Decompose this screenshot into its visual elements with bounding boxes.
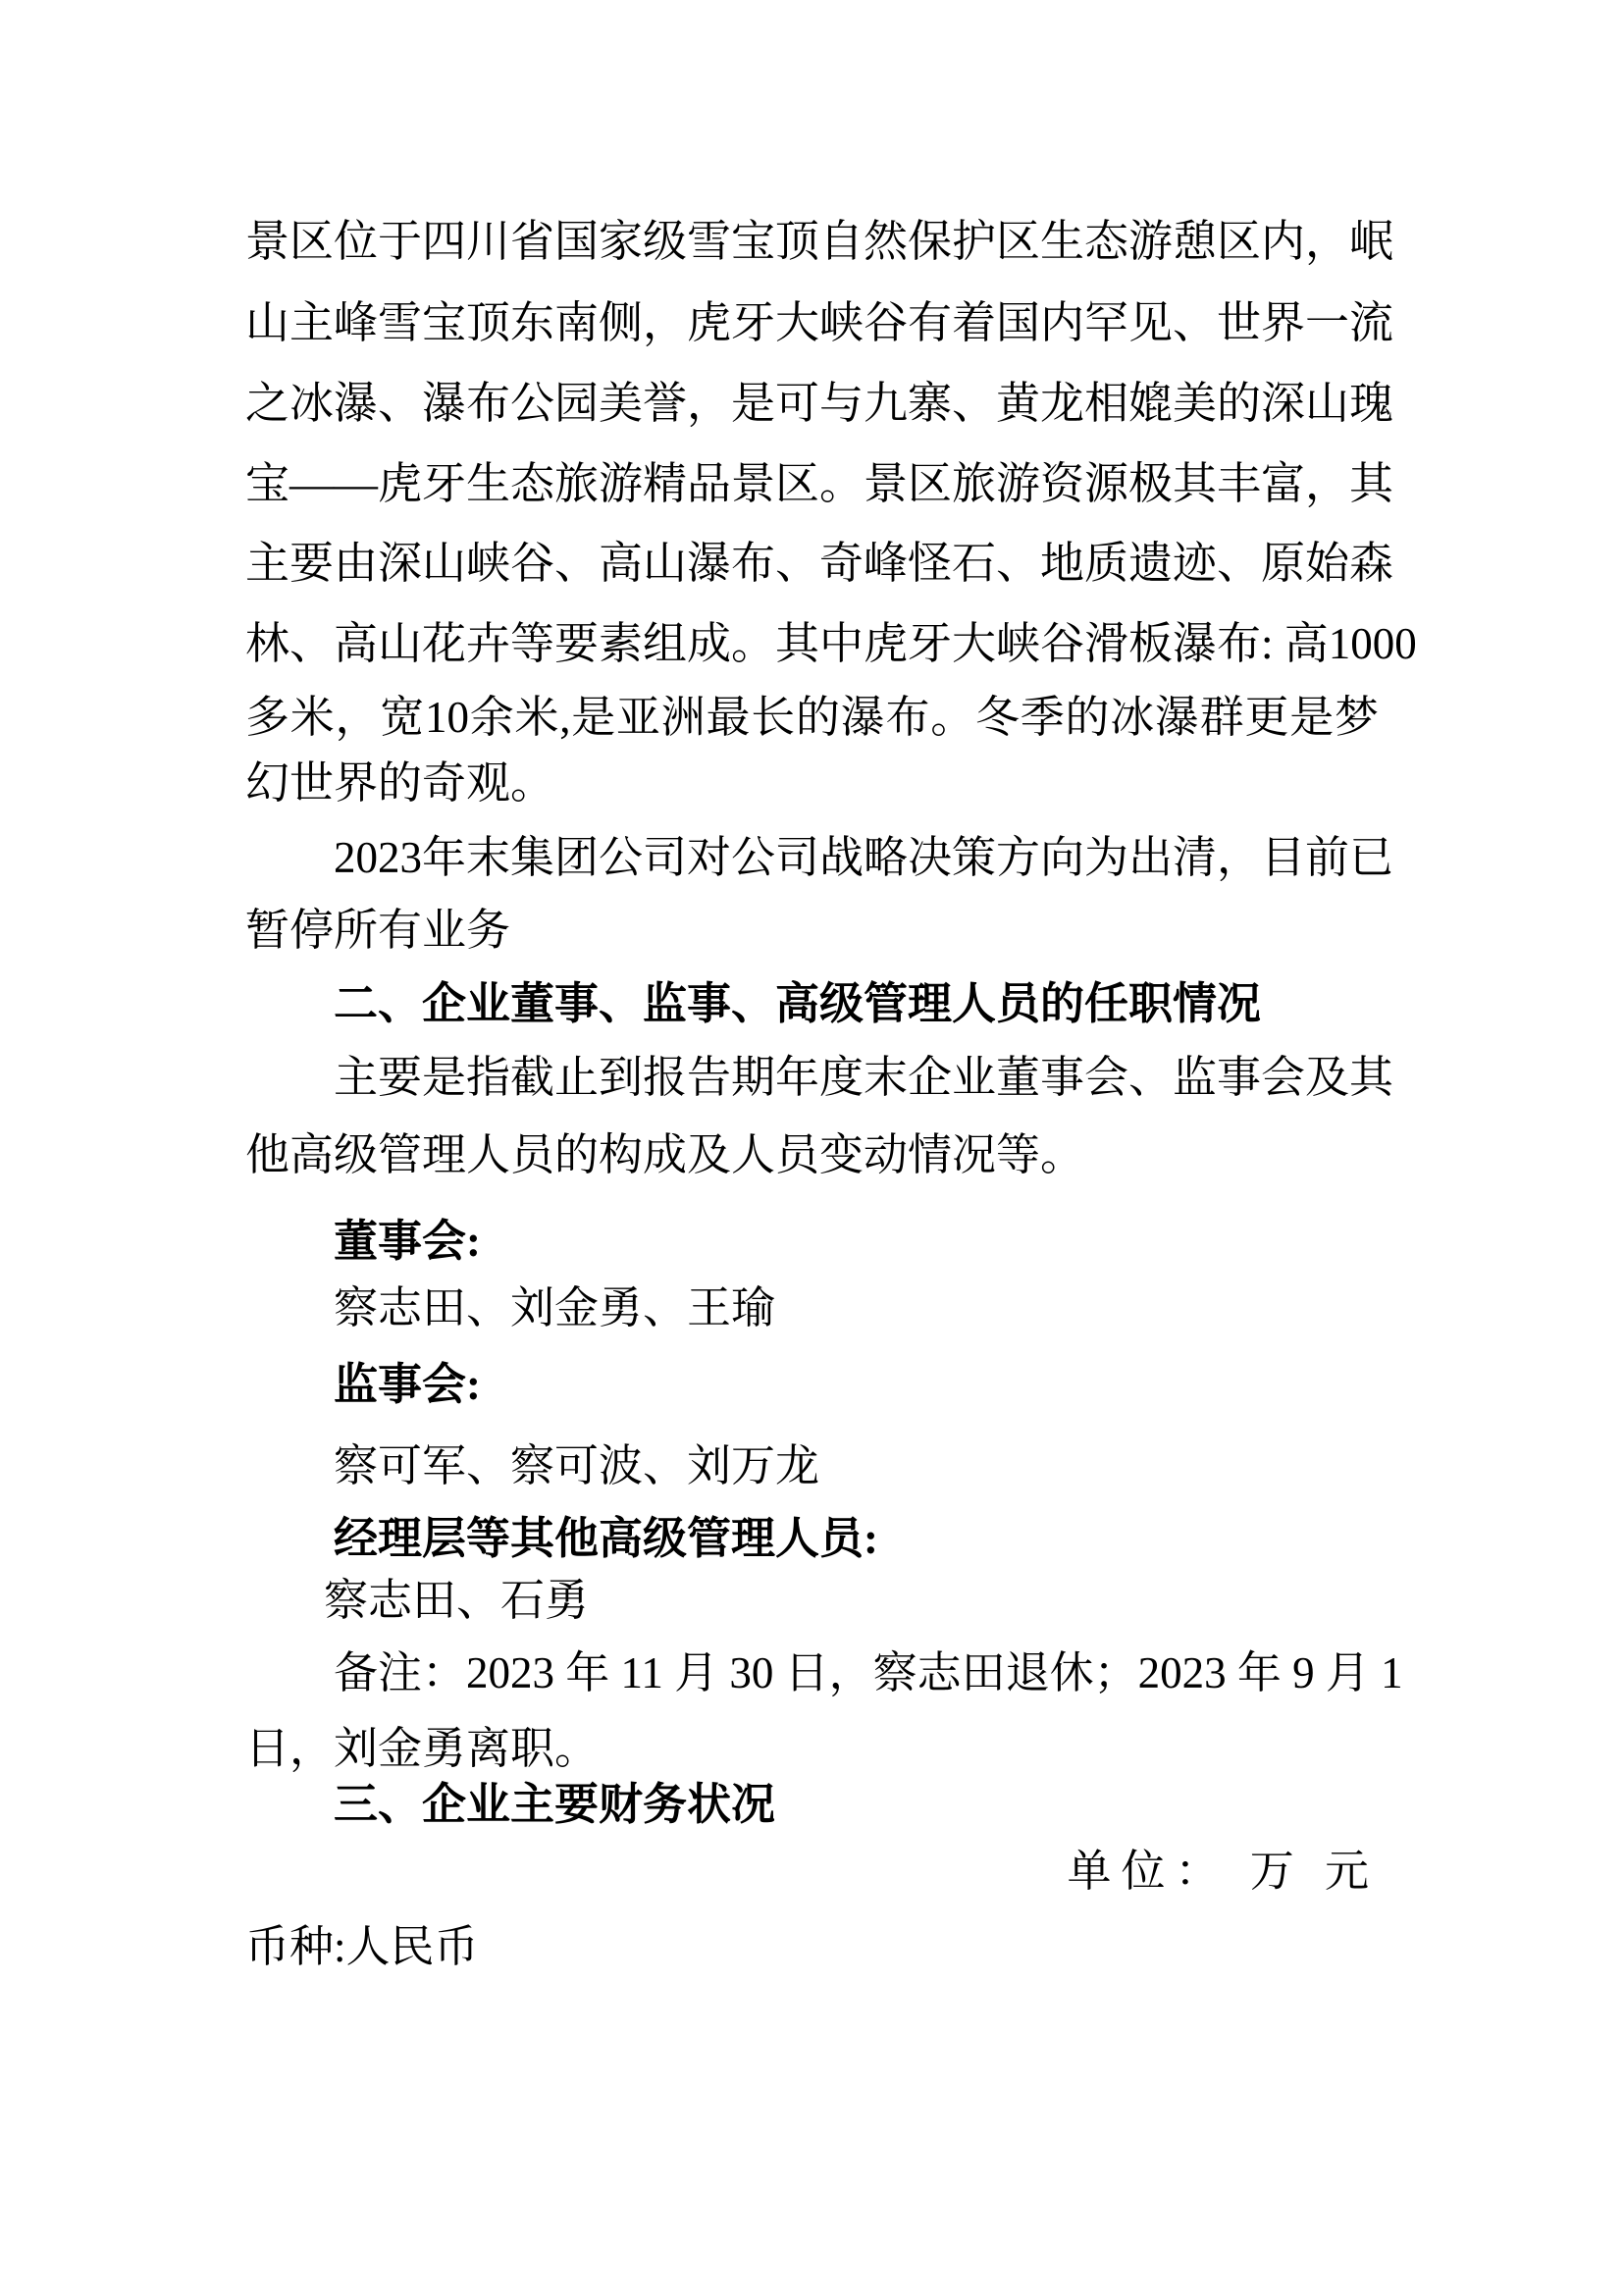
document-page: 景区位于四川省国家级雪宝顶自然保护区生态游憩区内，岷 山主峰雪宝顶东南侧，虎牙大…: [0, 0, 1624, 2295]
para-scenic-line-2: 山主峰雪宝顶东南侧，虎牙大峡谷有着国内罕见、世界一流: [245, 297, 1379, 348]
para-scenic-line-1: 景区位于四川省国家级雪宝顶自然保护区生态游憩区内，岷: [245, 216, 1379, 267]
para-officers-intro-line-2: 他高级管理人员的构成及人员变动情况等。: [245, 1129, 1379, 1180]
para-scenic-line-3: 之冰瀑、瀑布公园美誉，是可与九寨、黄龙相媲美的深山瑰: [245, 378, 1379, 429]
remark-line-1: 备注：2023 年 11 月 30 日，察志田退休；2023 年 9 月 1: [334, 1647, 1379, 1698]
unit-note: 单位： 万 元: [245, 1846, 1379, 1897]
para-scenic-line-4: 宝——虎牙生态旅游精品景区。景区旅游资源极其丰富，其: [245, 458, 1379, 509]
management-label: 经理层等其他高级管理人员:: [334, 1513, 1379, 1564]
heading-section3: 三、企业主要财务状况: [334, 1779, 1379, 1830]
management-names: 察志田、石勇: [324, 1575, 1369, 1626]
para-officers-intro-line-1: 主要是指截止到报告期年度末企业董事会、监事会及其: [334, 1052, 1379, 1103]
supervisory-board-label: 监事会:: [334, 1359, 1379, 1410]
board-of-directors-names: 察志田、刘金勇、王瑜: [334, 1282, 1379, 1333]
heading-section2: 二、企业董事、监事、高级管理人员的任职情况: [334, 978, 1379, 1029]
para-strategy-line-1: 2023年末集团公司对公司战略决策方向为出清，目前已: [334, 832, 1379, 883]
para-scenic-line-5: 主要由深山峡谷、高山瀑布、奇峰怪石、地质遗迹、原始森: [245, 538, 1379, 589]
supervisory-board-names: 察可军、察可波、刘万龙: [334, 1440, 1379, 1491]
currency-note: 币种:人民币: [245, 1921, 1379, 1972]
remark-line-2: 日，刘金勇离职。: [245, 1723, 1379, 1774]
para-scenic-line-6: 林、高山花卉等要素组成。其中虎牙大峡谷滑板瀑布: 高1000: [245, 618, 1379, 669]
board-of-directors-label: 董事会:: [334, 1216, 1379, 1267]
para-scenic-line-7: 多米，宽10余米,是亚洲最长的瀑布。冬季的冰瀑群更是梦: [245, 692, 1379, 743]
para-scenic-line-8: 幻世界的奇观。: [245, 757, 1379, 808]
para-strategy-line-2: 暂停所有业务: [245, 905, 1379, 956]
